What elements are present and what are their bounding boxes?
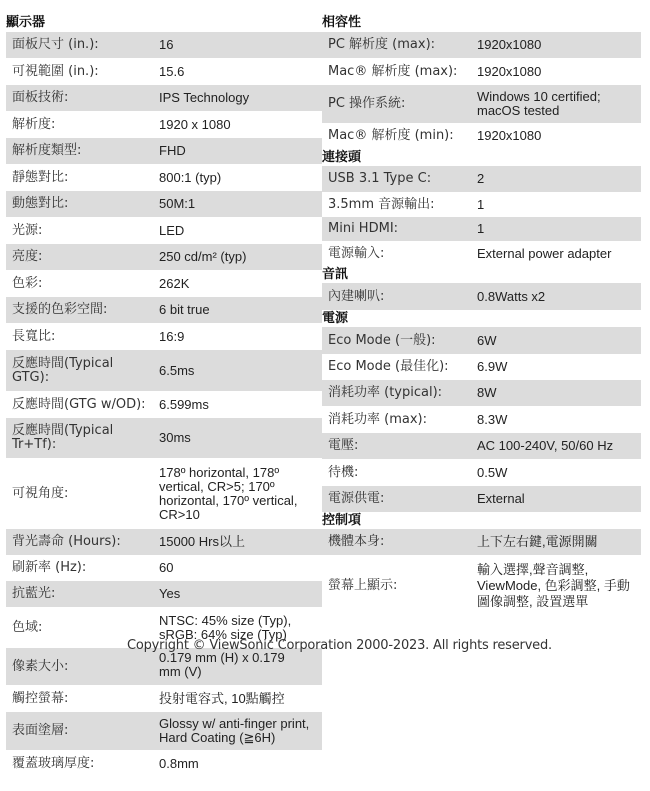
- spec-value: 178º horizontal, 178º vertical, CR>5; 17…: [159, 466, 319, 522]
- spec-label: 電源輸入:: [328, 247, 468, 261]
- spec-label: 機體本身:: [328, 535, 468, 549]
- spec-label: 動態對比:: [12, 197, 152, 211]
- spec-value: LED: [159, 224, 324, 238]
- spec-label: 電壓:: [328, 439, 468, 453]
- spec-label: 面板技術:: [12, 91, 152, 105]
- spec-value: 上下左右鍵,電源開關: [477, 535, 637, 549]
- section-title-display: 顯示器: [6, 14, 45, 31]
- spec-label: 3.5mm 音源輸出:: [328, 198, 468, 212]
- spec-label: 亮度:: [12, 250, 152, 264]
- spec-row: 內建喇叭: 0.8Watts x2: [322, 283, 641, 310]
- spec-label: 覆蓋玻璃厚度:: [12, 757, 152, 771]
- spec-label: Mac® 解析度 (max):: [328, 65, 478, 79]
- spec-label: USB 3.1 Type C:: [328, 172, 468, 186]
- spec-label: 螢幕上顯示:: [328, 579, 468, 593]
- spec-row: 抗藍光: Yes: [6, 581, 322, 607]
- spec-label: 長寬比:: [12, 330, 152, 344]
- spec-value: 262K: [159, 277, 324, 291]
- spec-value: 50M:1: [159, 197, 324, 211]
- spec-label: 電源供電:: [328, 492, 468, 506]
- spec-label: 待機:: [328, 466, 468, 480]
- spec-row: 靜態對比: 800:1 (typ): [6, 164, 322, 191]
- spec-row: Mac® 解析度 (max): 1920x1080: [322, 58, 641, 85]
- spec-value: 16:9: [159, 330, 324, 344]
- spec-label: 反應時間(GTG w/OD):: [12, 398, 162, 412]
- spec-row: 解析度: 1920 x 1080: [6, 111, 322, 138]
- spec-value: 投射電容式, 10點觸控: [159, 692, 324, 706]
- spec-value: 1: [477, 222, 637, 236]
- spec-row: 待機: 0.5W: [322, 459, 641, 486]
- spec-row: 反應時間(GTG w/OD): 6.599ms: [6, 391, 322, 418]
- spec-value: 1920x1080: [477, 129, 637, 143]
- spec-row: 亮度: 250 cd/m² (typ): [6, 244, 322, 270]
- spec-value: AC 100-240V, 50/60 Hz: [477, 439, 642, 453]
- spec-value: Yes: [159, 587, 324, 601]
- spec-label: 觸控螢幕:: [12, 692, 152, 706]
- spec-value: 0.8Watts x2: [477, 290, 637, 304]
- spec-value: Glossy w/ anti-finger print, Hard Coatin…: [159, 717, 327, 745]
- spec-row: 光源: LED: [6, 217, 322, 244]
- spec-value: 2: [477, 172, 637, 186]
- spec-value: 30ms: [159, 431, 324, 445]
- spec-row: 電源輸入: External power adapter: [322, 241, 641, 266]
- spec-value: 15000 Hrs以上: [159, 535, 324, 549]
- spec-value: 1: [477, 198, 637, 212]
- spec-row: 背光壽命 (Hours): 15000 Hrs以上: [6, 529, 322, 555]
- spec-value: 800:1 (typ): [159, 171, 324, 185]
- spec-row: 面板技術: IPS Technology: [6, 85, 322, 111]
- section-title-audio: 音訊: [322, 266, 348, 283]
- spec-label: 像素大小:: [12, 660, 152, 674]
- spec-value: 8.3W: [477, 413, 637, 427]
- spec-value: 15.6: [159, 65, 324, 79]
- spec-value: 0.179 mm (H) x 0.179 mm (V): [159, 651, 309, 679]
- spec-row: 長寬比: 16:9: [6, 323, 322, 350]
- spec-label: PC 解析度 (max):: [328, 38, 478, 52]
- spec-row: 機體本身: 上下左右鍵,電源開關: [322, 529, 641, 555]
- spec-value: 6.9W: [477, 360, 637, 374]
- copyright-watermark: Copyright © ViewSonic Corporation 2000-2…: [127, 638, 552, 653]
- spec-label: 色域:: [12, 621, 152, 635]
- spec-label: 可視範圍 (in.):: [12, 65, 152, 79]
- spec-value: Windows 10 certified; macOS tested: [477, 90, 627, 118]
- spec-row: Mac® 解析度 (min): 1920x1080: [322, 123, 641, 149]
- spec-value: 6W: [477, 334, 637, 348]
- spec-row: 支援的色彩空間: 6 bit true: [6, 297, 322, 323]
- spec-row: 電壓: AC 100-240V, 50/60 Hz: [322, 433, 641, 459]
- spec-label: 表面塗層:: [12, 724, 152, 738]
- spec-value: 250 cd/m² (typ): [159, 250, 324, 264]
- spec-label: Eco Mode (最佳化):: [328, 360, 478, 374]
- spec-label: 面板尺寸 (in.):: [12, 38, 152, 52]
- spec-value: 8W: [477, 386, 637, 400]
- spec-value: 60: [159, 561, 324, 575]
- spec-row: 動態對比: 50M:1: [6, 191, 322, 217]
- spec-row: 表面塗層: Glossy w/ anti-finger print, Hard …: [6, 712, 322, 750]
- spec-label: Eco Mode (一般):: [328, 334, 478, 348]
- spec-value: 1920 x 1080: [159, 118, 324, 132]
- spec-label: 色彩:: [12, 277, 152, 291]
- spec-row: 螢幕上顯示: 輸入選擇,聲音調整, ViewMode, 色彩調整, 手動圖像調整…: [322, 555, 641, 617]
- spec-label: 光源:: [12, 224, 152, 238]
- spec-value: 16: [159, 38, 324, 52]
- spec-value: 6.5ms: [159, 364, 324, 378]
- spec-label: 支援的色彩空間:: [12, 303, 152, 317]
- spec-row: 刷新率 (Hz): 60: [6, 555, 322, 581]
- spec-row: Mini HDMI: 1: [322, 217, 641, 241]
- spec-value: 6 bit true: [159, 303, 324, 317]
- spec-label: 內建喇叭:: [328, 290, 468, 304]
- spec-value: FHD: [159, 144, 324, 158]
- section-title-controls: 控制項: [322, 512, 361, 529]
- spec-value: IPS Technology: [159, 91, 324, 105]
- spec-value: 6.599ms: [159, 398, 324, 412]
- spec-row: 色彩: 262K: [6, 270, 322, 297]
- spec-row: 消耗功率 (typical): 8W: [322, 380, 641, 406]
- spec-label: 解析度:: [12, 118, 152, 132]
- spec-row: 面板尺寸 (in.): 16: [6, 32, 322, 58]
- spec-row: 3.5mm 音源輸出: 1: [322, 192, 641, 217]
- spec-row: 像素大小: 0.179 mm (H) x 0.179 mm (V): [6, 648, 322, 685]
- spec-label: 靜態對比:: [12, 171, 152, 185]
- spec-label: 消耗功率 (max):: [328, 413, 468, 427]
- spec-value: External: [477, 492, 637, 506]
- section-title-connectors: 連接頭: [322, 149, 361, 166]
- spec-label: PC 操作系統:: [328, 97, 468, 111]
- section-title-compatibility: 相容性: [322, 14, 361, 31]
- spec-row: USB 3.1 Type C: 2: [322, 166, 641, 192]
- spec-row: PC 操作系統: Windows 10 certified; macOS tes…: [322, 85, 641, 123]
- spec-label: 刷新率 (Hz):: [12, 561, 152, 575]
- spec-row: 消耗功率 (max): 8.3W: [322, 406, 641, 433]
- spec-label: 背光壽命 (Hours):: [12, 535, 152, 549]
- spec-value: 輸入選擇,聲音調整, ViewMode, 色彩調整, 手動圖像調整, 設置選單: [477, 562, 632, 610]
- spec-row: 可視範圍 (in.): 15.6: [6, 58, 322, 85]
- spec-label: 抗藍光:: [12, 587, 152, 601]
- spec-label: Mini HDMI:: [328, 222, 468, 236]
- spec-row: 解析度類型: FHD: [6, 138, 322, 164]
- spec-row: Eco Mode (最佳化): 6.9W: [322, 354, 641, 380]
- spec-row: Eco Mode (一般): 6W: [322, 327, 641, 354]
- spec-row: PC 解析度 (max): 1920x1080: [322, 32, 641, 58]
- spec-label: 反應時間(Typical Tr+Tf):: [12, 424, 124, 452]
- spec-label: 解析度類型:: [12, 144, 152, 158]
- spec-label: 可視角度:: [12, 487, 152, 501]
- spec-row: 反應時間(Typical GTG): 6.5ms: [6, 350, 322, 391]
- spec-row: 可視角度: 178º horizontal, 178º vertical, CR…: [6, 458, 322, 529]
- spec-value: 1920x1080: [477, 65, 637, 79]
- spec-value: External power adapter: [477, 247, 637, 261]
- spec-label: Mac® 解析度 (min):: [328, 129, 478, 143]
- spec-row: 電源供電: External: [322, 486, 641, 512]
- spec-label: 消耗功率 (typical):: [328, 386, 478, 400]
- spec-value: 0.5W: [477, 466, 637, 480]
- spec-row: 觸控螢幕: 投射電容式, 10點觸控: [6, 685, 322, 712]
- spec-value: 0.8mm: [159, 757, 324, 771]
- spec-value: 1920x1080: [477, 38, 637, 52]
- spec-label: 反應時間(Typical GTG):: [12, 357, 124, 385]
- section-title-power: 電源: [322, 310, 348, 327]
- spec-row: 覆蓋玻璃厚度: 0.8mm: [6, 750, 322, 778]
- spec-row: 反應時間(Typical Tr+Tf): 30ms: [6, 418, 322, 458]
